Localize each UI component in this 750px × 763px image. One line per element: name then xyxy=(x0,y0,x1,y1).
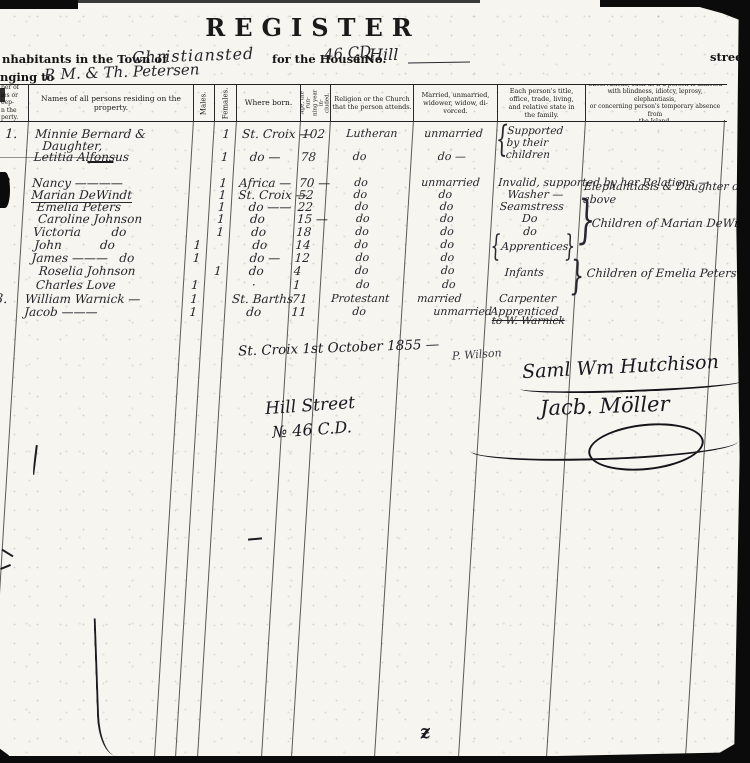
brace-infants: } xyxy=(569,256,585,296)
table-row: Charles Love 1 · 1 do do xyxy=(0,278,740,292)
column-header-married: Married, unmarried, widower, widow, di- … xyxy=(413,85,497,121)
note-elephantiasis: Elephantiasis & Daughter of above xyxy=(583,180,744,206)
note-children-peters: Children of Emelia Peters xyxy=(586,266,737,280)
column-header-males: Males. xyxy=(193,85,214,121)
page-title: REGISTER xyxy=(0,13,626,42)
table-row: John do 1 do 14 do do xyxy=(0,238,743,252)
scan-edge-left-blob xyxy=(0,172,10,208)
column-header-names: Names of all persons residing on the pro… xyxy=(28,85,193,121)
brace-apprentices-open: { xyxy=(490,232,502,262)
column-header-age: Age, the run- ning year in- cluded. xyxy=(300,85,330,121)
crease-line xyxy=(0,157,118,158)
column-header-title: Each person's title, office, trade, livi… xyxy=(497,85,585,121)
scan-edge-left-blob xyxy=(0,88,5,102)
note-apprentices: Apprentices xyxy=(501,240,569,253)
column-header-observations: Observations, such as if a person is aff… xyxy=(585,85,724,121)
column-header-females: Females. xyxy=(214,85,236,121)
table-row: Jacob ——— 1 do 11 do unmarried Apprentic… xyxy=(0,305,739,319)
signature-moller: Jacb. Möller xyxy=(540,392,670,421)
column-header-born: Where born. xyxy=(236,85,300,121)
street-name-handwritten: Hill xyxy=(369,45,398,64)
table-header: ber of ies or eep- n the perty. Names of… xyxy=(0,84,727,122)
note-infants: Infants xyxy=(504,266,544,279)
table-row: James ——— do 1 do — 12 do do xyxy=(0,251,742,265)
note-supported-by-children: Supported by their children xyxy=(505,125,563,161)
table-row: 3. William Warnick — 1 St. Barths 71 Pro… xyxy=(0,292,739,306)
form-line1-in: in xyxy=(356,52,369,66)
document-sheet: REGISTER nhabitants in the Town of Chris… xyxy=(0,0,750,763)
note-children-dewindt: Children of Marian DeWindt xyxy=(591,216,750,230)
note-jacob-strike: to W. Warnick xyxy=(491,315,565,327)
column-header-religion: Religion or the Church that the person a… xyxy=(330,85,413,121)
handwritten-dash-rule xyxy=(408,61,470,63)
scan-edge-top xyxy=(60,0,480,3)
pen-mark xyxy=(87,161,113,163)
